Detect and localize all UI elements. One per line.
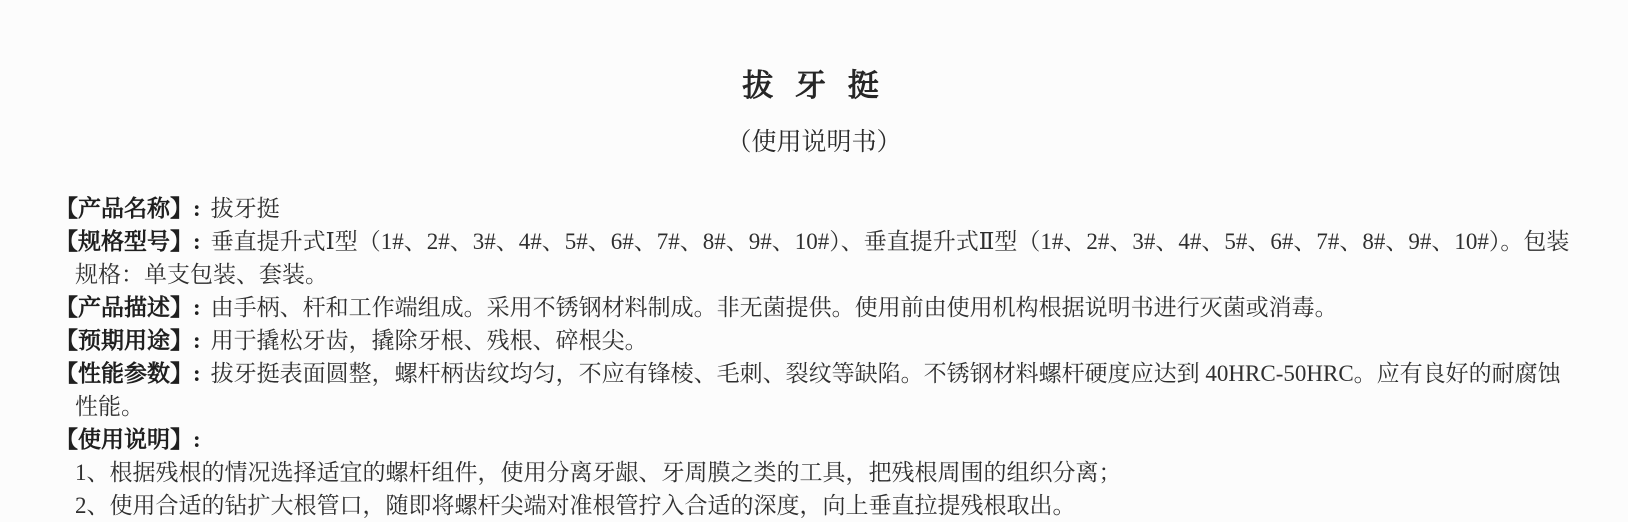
section-usage-instructions: 【使用说明】: (75, 423, 1583, 456)
section-text: 拔牙挺 (211, 196, 280, 221)
document-page: 拔 牙 挺 （使用说明书） 【产品名称】:拔牙挺 【规格型号】:垂直提升式Ⅰ型（… (0, 0, 1628, 522)
section-label: 【规格型号】: (55, 229, 201, 254)
document-body: 【产品名称】:拔牙挺 【规格型号】:垂直提升式Ⅰ型（1#、2#、3#、4#、5#… (0, 192, 1628, 522)
section-label: 【产品描述】: (55, 295, 201, 320)
section-label: 【性能参数】: (55, 361, 201, 386)
section-text: 由手柄、杆和工作端组成。采用不锈钢材料制成。非无菌提供。使用前由使用机构根据说明… (211, 295, 1338, 320)
section-label: 【产品名称】: (55, 196, 201, 221)
section-performance-parameters: 【性能参数】:拔牙挺表面圆整，螺杆柄齿纹均匀，不应有锋棱、毛刺、裂纹等缺陷。不锈… (75, 357, 1583, 423)
section-text: 用于撬松牙齿，撬除牙根、残根、碎根尖。 (211, 328, 648, 353)
section-product-description: 【产品描述】:由手柄、杆和工作端组成。采用不锈钢材料制成。非无菌提供。使用前由使… (75, 291, 1583, 324)
section-spec-model: 【规格型号】:垂直提升式Ⅰ型（1#、2#、3#、4#、5#、6#、7#、8#、9… (75, 225, 1583, 291)
instruction-item-1: 1、根据残根的情况选择适宜的螺杆组件，使用分离牙龈、牙周膜之类的工具，把残根周围… (75, 456, 1583, 489)
section-intended-use: 【预期用途】:用于撬松牙齿，撬除牙根、残根、碎根尖。 (75, 324, 1583, 357)
section-product-name: 【产品名称】:拔牙挺 (75, 192, 1583, 225)
instruction-item-2: 2、使用合适的钻扩大根管口，随即将螺杆尖端对准根管拧入合适的深度，向上垂直拉提残… (75, 489, 1583, 522)
section-text: 垂直提升式Ⅰ型（1#、2#、3#、4#、5#、6#、7#、8#、9#、10#）、… (75, 229, 1569, 287)
section-label: 【预期用途】: (55, 328, 201, 353)
section-label: 【使用说明】: (55, 427, 201, 452)
section-text: 拔牙挺表面圆整，螺杆柄齿纹均匀，不应有锋棱、毛刺、裂纹等缺陷。不锈钢材料螺杆硬度… (75, 361, 1561, 419)
page-subtitle: （使用说明书） (0, 126, 1628, 160)
page-title: 拔 牙 挺 (0, 0, 1628, 108)
